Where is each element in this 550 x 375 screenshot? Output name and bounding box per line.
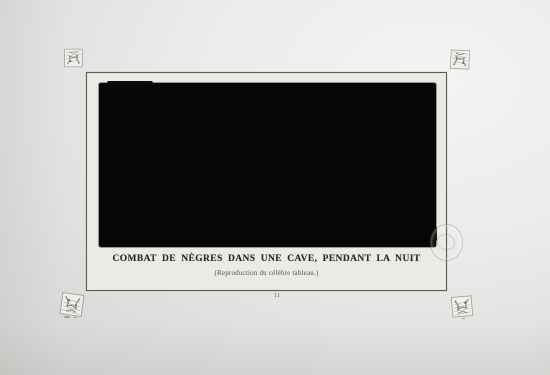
plate-subcaption: (Reproduction du célèbre tableau.) <box>87 269 446 277</box>
scan-smudge-artifact <box>437 234 455 250</box>
fleuron-icon <box>54 286 90 323</box>
fleuron-icon <box>445 45 474 75</box>
scanned-page: COMBAT DE NÈGRES DANS UNE CAVE, PENDANT … <box>0 0 550 375</box>
corner-ornament-bottom-left <box>54 286 90 323</box>
monochrome-black-plate <box>99 83 436 247</box>
fleuron-icon <box>60 44 87 72</box>
dust-speck <box>73 317 77 318</box>
dust-speck <box>64 316 70 318</box>
page-number: 11 <box>262 293 292 299</box>
corner-ornament-top-right <box>445 45 474 75</box>
plate-edge-artifact <box>107 81 153 85</box>
plate-caption: COMBAT DE NÈGRES DANS UNE CAVE, PENDANT … <box>87 254 446 264</box>
dust-speck <box>462 318 465 319</box>
scan-smudge-artifact <box>430 224 463 261</box>
plate-frame: COMBAT DE NÈGRES DANS UNE CAVE, PENDANT … <box>86 72 447 291</box>
corner-ornament-top-left <box>60 44 87 72</box>
